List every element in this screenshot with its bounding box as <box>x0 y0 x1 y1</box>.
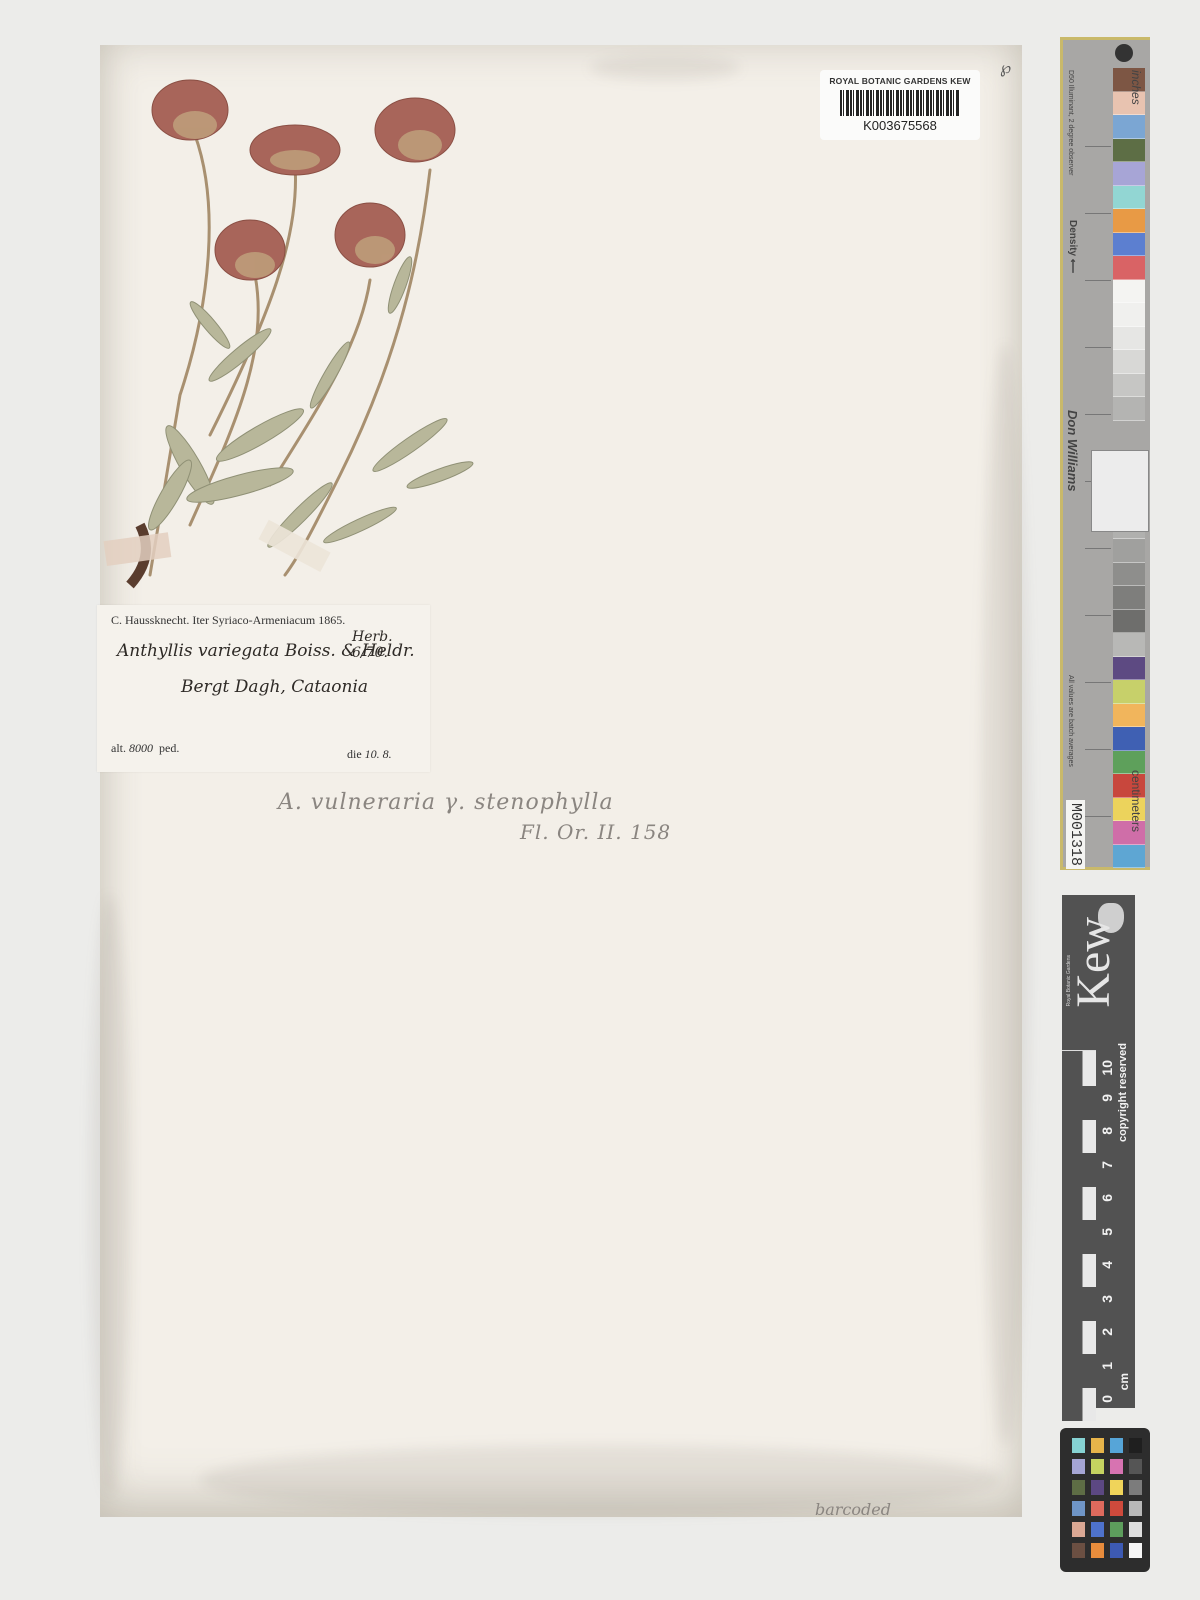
color-patch <box>1113 327 1145 351</box>
kew-scale-ruler: Kew Royal Botanic Gardens 012345678910 c… <box>1062 895 1135 1408</box>
color-patch <box>1113 374 1145 398</box>
checker-swatch <box>1091 1459 1104 1474</box>
checker-swatch <box>1110 1501 1123 1516</box>
color-patch <box>1113 303 1145 327</box>
taxon-name: Anthyllis variegata Boiss. & Heldr. <box>117 641 415 661</box>
determination-line-2: Fl. Or. II. 158 <box>520 820 671 844</box>
tape-strip <box>103 532 171 566</box>
color-patch <box>1113 610 1145 634</box>
centimeters-label: centimeters <box>1129 770 1143 832</box>
scale-segment <box>1062 1151 1096 1187</box>
color-patch <box>1113 350 1145 374</box>
checker-swatch <box>1072 1480 1085 1495</box>
checker-swatch <box>1072 1522 1085 1537</box>
checker-swatch <box>1110 1438 1123 1453</box>
scale-number: 8 <box>1099 1127 1115 1135</box>
color-patch <box>1113 586 1145 610</box>
kew-subtitle: Royal Botanic Gardens <box>1066 955 1072 1006</box>
color-patch <box>1113 680 1145 704</box>
inches-label: inches <box>1129 70 1143 105</box>
altitude-value: 8000 <box>129 741 153 755</box>
color-patch <box>1113 397 1145 421</box>
color-patch <box>1113 727 1145 751</box>
color-patch <box>1113 563 1145 587</box>
copyright-label: copyright reserved <box>1117 1043 1129 1142</box>
resolution-gauge <box>1091 450 1149 532</box>
checker-swatch <box>1110 1543 1123 1558</box>
scale-segment <box>1062 1218 1096 1254</box>
corner-mark: ℘ <box>1000 58 1011 78</box>
barcode-number: K003675568 <box>820 118 980 133</box>
scale-segment <box>1062 1184 1096 1220</box>
collection-label: C. Haussknecht. Iter Syriaco-Armeniacum … <box>97 605 430 772</box>
color-density-ruler: inches centimeters D50 Illuminant, 2 deg… <box>1060 37 1150 870</box>
stain <box>590 55 740 80</box>
inventory-note: barcoded <box>815 1500 891 1519</box>
batch-note: All values are batch averages <box>1067 675 1074 767</box>
checker-swatch <box>1091 1501 1104 1516</box>
illuminant-note: D50 Illuminant, 2 degree observer <box>1067 70 1074 175</box>
scale-segment <box>1062 1117 1096 1153</box>
collection-date: die 10. 8. <box>347 747 392 762</box>
scale-number: 7 <box>1099 1161 1115 1169</box>
checker-swatch <box>1091 1438 1104 1453</box>
scale-segment <box>1062 1050 1096 1086</box>
kew-logo: Kew <box>1070 917 1118 1008</box>
checker-swatch <box>1129 1480 1142 1495</box>
checker-swatch <box>1110 1459 1123 1474</box>
checker-swatch <box>1072 1459 1085 1474</box>
color-patch <box>1113 233 1145 257</box>
color-patch <box>1113 704 1145 728</box>
checker-swatch <box>1129 1522 1142 1537</box>
stain <box>90 895 130 1495</box>
barcode-label: ROYAL BOTANIC GARDENS KEW K003675568 <box>820 70 980 140</box>
scale-segment <box>1062 1385 1096 1421</box>
checker-swatch <box>1072 1438 1085 1453</box>
stain <box>980 345 1030 1445</box>
scale-number: 0 <box>1099 1395 1115 1403</box>
scale-segment <box>1062 1318 1096 1354</box>
density-label: Density ⟵ <box>1067 220 1078 273</box>
collector-expedition: C. Haussknecht. Iter Syriaco-Armeniacum … <box>111 613 345 628</box>
color-checker-card <box>1060 1428 1150 1572</box>
color-patch <box>1113 280 1145 304</box>
brand-label: Don Williams <box>1065 410 1080 492</box>
color-patch <box>1113 115 1145 139</box>
color-patch <box>1113 139 1145 163</box>
institution-name: ROYAL BOTANIC GARDENS KEW <box>820 76 980 86</box>
scale-number: 1 <box>1099 1362 1115 1370</box>
color-patch <box>1113 256 1145 280</box>
checker-swatch <box>1091 1543 1104 1558</box>
checker-swatch <box>1129 1459 1142 1474</box>
checker-swatch <box>1129 1543 1142 1558</box>
checker-swatch <box>1091 1522 1104 1537</box>
checker-swatch <box>1072 1543 1085 1558</box>
checker-swatch <box>1110 1522 1123 1537</box>
ruler-code: M001318 <box>1066 800 1085 869</box>
determination-line-1: A. vulneraria γ. stenophylla <box>278 790 614 815</box>
checker-swatch <box>1091 1480 1104 1495</box>
date-prefix: die <box>347 747 362 761</box>
altitude-prefix: alt. <box>111 741 126 755</box>
scale-segment <box>1062 1084 1096 1120</box>
scale-number: 3 <box>1099 1295 1115 1303</box>
color-patch <box>1113 633 1145 657</box>
checker-swatch <box>1129 1438 1142 1453</box>
color-patch <box>1113 657 1145 681</box>
scale-number: 6 <box>1099 1194 1115 1202</box>
locality: Bergt Dagh, Cataonia <box>181 677 368 697</box>
scale-number: 5 <box>1099 1228 1115 1236</box>
scale-number: 2 <box>1099 1328 1115 1336</box>
barcode-icon <box>840 90 960 116</box>
color-patch <box>1113 539 1145 563</box>
scale-segment <box>1062 1352 1096 1388</box>
scale-number: 9 <box>1099 1094 1115 1102</box>
altitude: alt. 8000 ped. <box>111 741 179 756</box>
checker-swatch <box>1110 1480 1123 1495</box>
pressed-plant-specimen <box>100 55 500 595</box>
altitude-unit: ped. <box>159 741 179 755</box>
scale-segment <box>1062 1285 1096 1321</box>
scale-segment <box>1062 1251 1096 1287</box>
scale-number: 4 <box>1099 1261 1115 1269</box>
color-patch <box>1113 209 1145 233</box>
color-patch <box>1113 162 1145 186</box>
cm-scale: 012345678910 <box>1062 1045 1096 1405</box>
scale-number: 10 <box>1099 1060 1115 1076</box>
checker-swatch <box>1072 1501 1085 1516</box>
color-patch <box>1113 186 1145 210</box>
cm-label: cm <box>1117 1373 1131 1390</box>
checker-swatch <box>1129 1501 1142 1516</box>
date-value: 10. 8. <box>365 747 392 761</box>
color-patch <box>1113 845 1145 869</box>
registration-dot-icon <box>1115 44 1133 62</box>
